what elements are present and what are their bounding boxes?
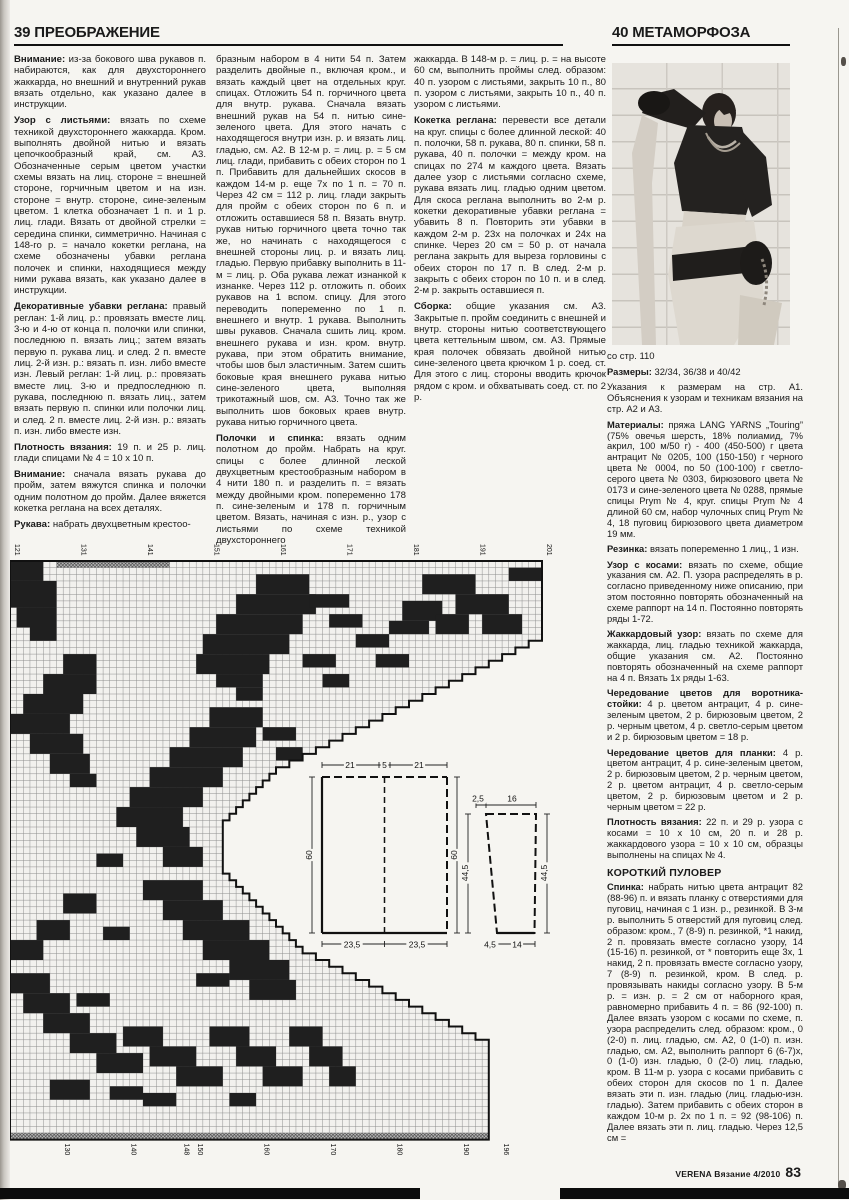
svg-text:131: 131 bbox=[80, 544, 87, 556]
svg-text:140: 140 bbox=[129, 1144, 136, 1156]
article-left-header: 39 ПРЕОБРАЖЕНИЕ bbox=[14, 24, 563, 46]
paragraph: Рукава: набрать двухцветным крестоо- bbox=[14, 519, 206, 530]
page-footer: VERENA Вязание 4/201083 bbox=[604, 1164, 801, 1182]
paragraph: Резинка: вязать попеременно 1 лиц., 1 из… bbox=[607, 544, 803, 555]
paragraph: Размеры: 32/34, 36/38 и 40/42 bbox=[607, 367, 803, 378]
magazine-issue: VERENA Вязание 4/2010 bbox=[675, 1169, 780, 1179]
svg-text:150: 150 bbox=[196, 1144, 203, 1156]
svg-text:180: 180 bbox=[395, 1144, 402, 1156]
page-right-edge-line bbox=[838, 28, 839, 1186]
paragraph: Узор с листьями: вязать по схеме технико… bbox=[14, 115, 206, 297]
article-column-3: жаккарда. В 148-м р. = лиц. р. = на высо… bbox=[414, 54, 606, 474]
svg-text:170: 170 bbox=[329, 1144, 336, 1156]
svg-text:5: 5 bbox=[382, 760, 387, 770]
svg-text:201: 201 bbox=[545, 544, 552, 556]
svg-text:130: 130 bbox=[63, 1144, 70, 1156]
svg-text:141: 141 bbox=[146, 544, 153, 556]
section-title: КОРОТКИЙ ПУЛОВЕР bbox=[607, 868, 803, 879]
paragraph: Материалы: пряжа LANG YARNS „Touring” (7… bbox=[607, 420, 803, 540]
svg-text:171: 171 bbox=[346, 544, 353, 556]
svg-text:21: 21 bbox=[345, 760, 355, 770]
svg-text:181: 181 bbox=[412, 544, 419, 556]
svg-text:60: 60 bbox=[304, 850, 314, 860]
paragraph: Чередование цветов для воротника-стойки:… bbox=[607, 688, 803, 743]
scan-smudge bbox=[841, 57, 846, 66]
right-column-instructions: Спинка: набрать нитью цвета антрацит 82 … bbox=[607, 882, 803, 1144]
paragraph: Плотность вязания: 22 п. и 29 р. узора с… bbox=[607, 817, 803, 861]
magazine-page: { "page": { "left_header": "39 ПРЕОБРАЖЕ… bbox=[0, 0, 849, 1200]
paragraph: Внимание: сначала вязать рукава до пройм… bbox=[14, 469, 206, 514]
svg-text:21: 21 bbox=[414, 760, 424, 770]
article-right-header: 40 МЕТАМОРФОЗА bbox=[612, 24, 790, 46]
paragraph: Полочки и спинка: вязать одним полотном … bbox=[216, 433, 406, 546]
article-column-right: Размеры: 32/34, 36/38 и 40/42Указания к … bbox=[607, 367, 803, 1166]
paragraph: Указания к размерам на стр. А1. Объяснен… bbox=[607, 382, 803, 415]
knitting-chart-svg: 1211311411511611711811912011301401481501… bbox=[10, 543, 566, 1193]
model-photo-figure bbox=[612, 63, 790, 345]
paragraph: Плотность вязания: 19 п. и 25 р. лиц. гл… bbox=[14, 442, 206, 465]
page-number: 83 bbox=[785, 1164, 801, 1180]
svg-text:16: 16 bbox=[507, 794, 517, 804]
svg-text:23,5: 23,5 bbox=[409, 940, 426, 950]
paragraph: Спинка: набрать нитью цвета антрацит 82 … bbox=[607, 882, 803, 1144]
paragraph: жаккарда. В 148-м р. = лиц. р. = на высо… bbox=[414, 54, 606, 111]
svg-text:151: 151 bbox=[213, 544, 220, 556]
svg-text:121: 121 bbox=[13, 544, 20, 556]
svg-text:44,5: 44,5 bbox=[539, 864, 549, 881]
article-column-1: Внимание: из-за бокового шва рукавов п. … bbox=[14, 54, 206, 556]
svg-text:160: 160 bbox=[262, 1144, 269, 1156]
svg-text:148: 148 bbox=[183, 1144, 190, 1156]
svg-text:191: 191 bbox=[479, 544, 486, 556]
paragraph: Кокетка реглана: перевести все детали на… bbox=[414, 115, 606, 297]
svg-text:14: 14 bbox=[512, 940, 522, 950]
continued-from-note: со стр. 110 bbox=[607, 351, 655, 362]
paragraph: бразным набором в 4 нити 54 п. Затем раз… bbox=[216, 54, 406, 428]
svg-text:2,5: 2,5 bbox=[472, 794, 484, 804]
bottom-bar-right bbox=[560, 1188, 849, 1199]
paragraph: Внимание: из-за бокового шва рукавов п. … bbox=[14, 54, 206, 111]
paragraph: Узор с косами: вязать по схеме, общие ук… bbox=[607, 560, 803, 625]
model-photo bbox=[612, 63, 790, 345]
paragraph: Декоративные убавки реглана: правый регл… bbox=[14, 301, 206, 437]
paragraph: Жаккардовый узор: вязать по схеме для жа… bbox=[607, 629, 803, 684]
svg-text:44,5: 44,5 bbox=[460, 864, 470, 881]
svg-text:60: 60 bbox=[449, 850, 459, 860]
knitting-chart: 1211311411511611711811912011301401481501… bbox=[10, 543, 566, 1193]
page-left-edge bbox=[0, 0, 10, 1200]
svg-text:23,5: 23,5 bbox=[344, 940, 361, 950]
svg-text:196: 196 bbox=[502, 1144, 509, 1156]
svg-text:161: 161 bbox=[279, 544, 286, 556]
svg-text:4,5: 4,5 bbox=[484, 940, 496, 950]
paragraph: Чередование цветов для планки: 4 р. цвет… bbox=[607, 748, 803, 813]
article-column-2: бразным набором в 4 нити 54 п. Затем раз… bbox=[216, 54, 406, 556]
paragraph: Сборка: общие указания см. А3. Закрытые … bbox=[414, 301, 606, 403]
right-column-specs: Размеры: 32/34, 36/38 и 40/42Указания к … bbox=[607, 367, 803, 861]
svg-text:190: 190 bbox=[462, 1144, 469, 1156]
